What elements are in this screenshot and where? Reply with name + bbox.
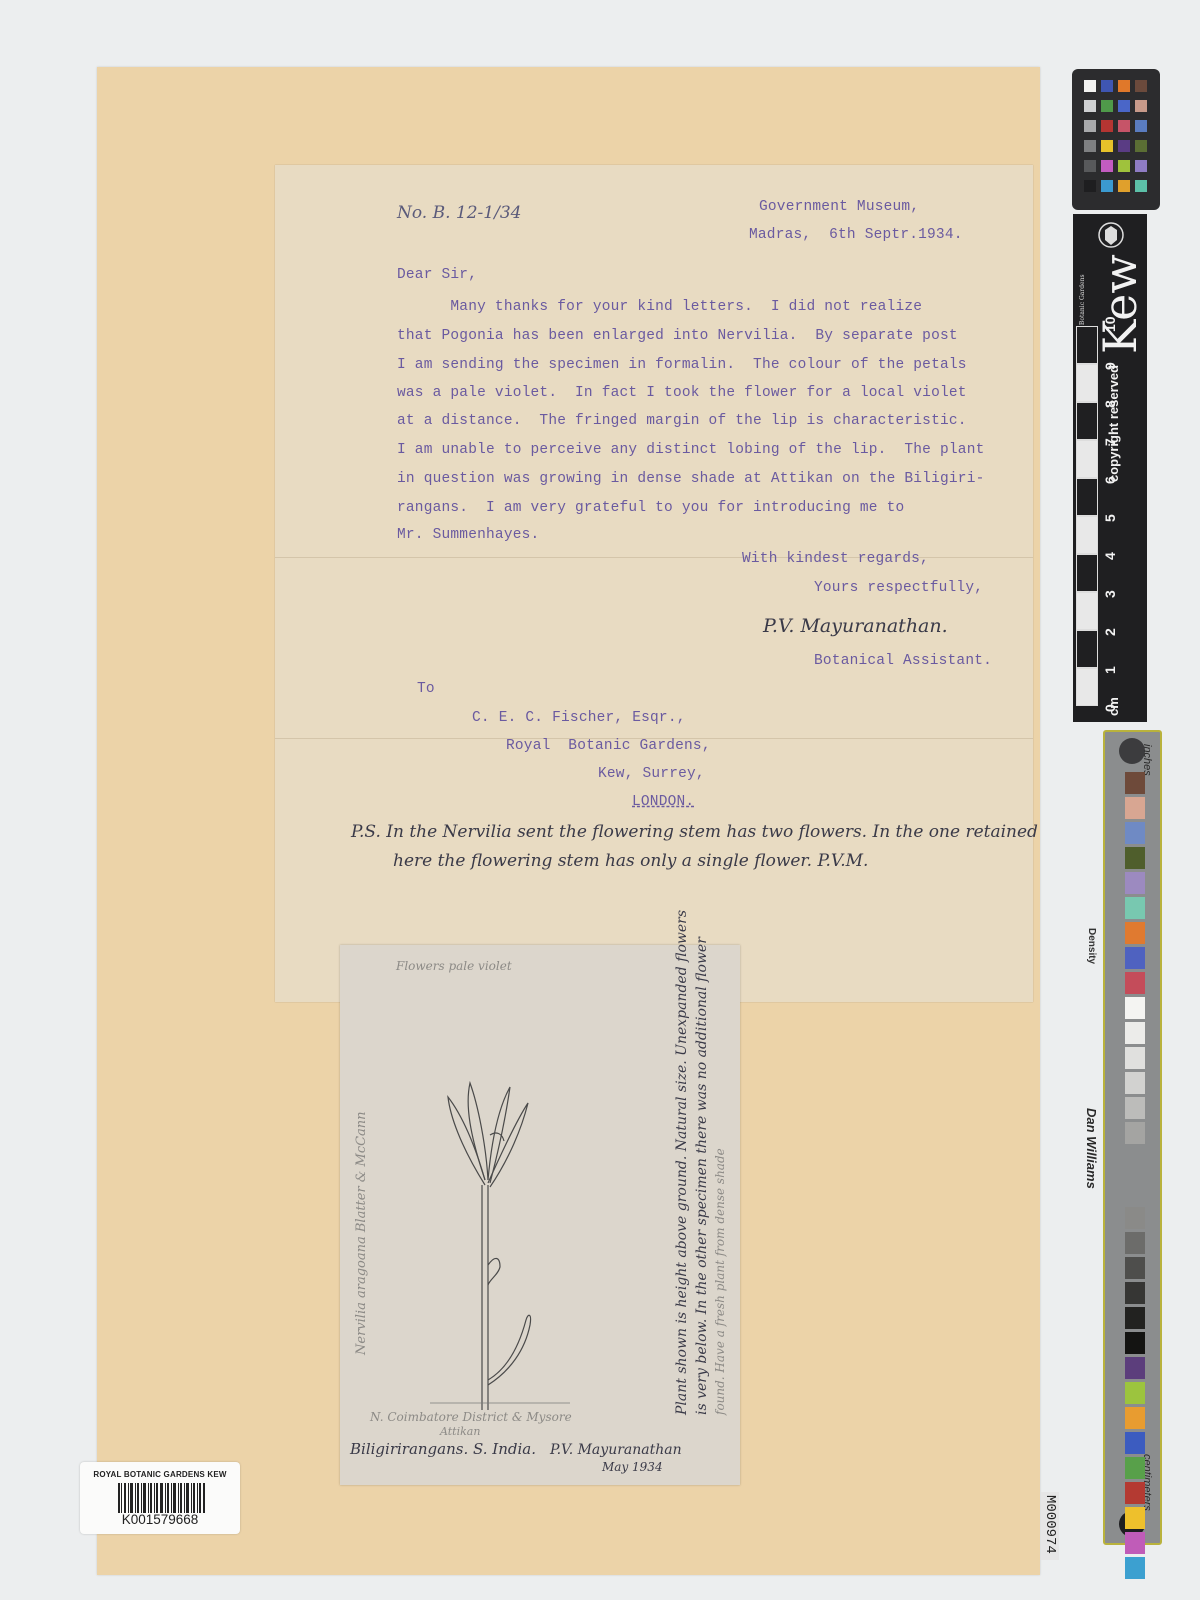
ruler-segment	[1076, 364, 1098, 402]
locality-sub-note: Attikan	[440, 1425, 480, 1438]
recipient-line: Royal Botanic Gardens,	[506, 738, 711, 754]
color-swatch	[1101, 100, 1113, 112]
ruler-segment	[1076, 630, 1098, 668]
ruler-color-swatch	[1125, 772, 1145, 794]
ruler-tick-label: 5	[1102, 514, 1118, 522]
ruler-color-swatch	[1125, 1332, 1145, 1354]
body-line: that Pogonia has been enlarged into Nerv…	[397, 328, 958, 344]
ruler-color-swatch	[1125, 1122, 1145, 1144]
color-swatch	[1118, 80, 1130, 92]
ruler-color-swatch	[1125, 797, 1145, 819]
typed-letter: No. B. 12-1/34 Government Museum, Madras…	[275, 165, 1033, 1002]
ruler-color-swatch	[1125, 847, 1145, 869]
botanical-drawing-card: Flowers pale violet Nervilia aragoana Bl…	[340, 945, 740, 1485]
orchid-drawing-icon	[430, 1075, 580, 1415]
ruler-segment	[1076, 402, 1098, 440]
barcode-icon	[118, 1483, 205, 1513]
color-swatch	[1084, 140, 1096, 152]
body-line: rangans. I am very grateful to you for i…	[397, 500, 904, 516]
color-swatch	[1084, 180, 1096, 192]
color-swatch	[1135, 140, 1147, 152]
ruler-color-swatch	[1125, 947, 1145, 969]
color-swatch	[1135, 100, 1147, 112]
species-name-note: Nervilia aragoana Blatter & McCann	[354, 1111, 369, 1355]
ruler-segment	[1076, 554, 1098, 592]
ruler-color-swatch	[1125, 822, 1145, 844]
vertical-note: Plant shown is height above ground. Natu…	[674, 910, 690, 1415]
ruler-color-swatch	[1125, 1307, 1145, 1329]
ruler-color-swatch	[1125, 1507, 1145, 1529]
body-line: Many thanks for your kind letters. I did…	[397, 299, 922, 315]
postscript-line: here the flowering stem has only a singl…	[393, 851, 868, 871]
sender-organisation: Government Museum,	[759, 199, 919, 215]
ruler-color-swatch	[1125, 1532, 1145, 1554]
sender-place-date: Madras, 6th Septr.1934.	[749, 227, 963, 243]
ruler-segment	[1076, 478, 1098, 516]
unit-label: cm	[1106, 697, 1121, 716]
collector-name: P.V. Mayuranathan	[550, 1442, 682, 1458]
color-swatch	[1101, 120, 1113, 132]
color-swatch	[1135, 180, 1147, 192]
ruler-tick-label: 3	[1102, 590, 1118, 598]
color-swatch	[1118, 100, 1130, 112]
pencil-note-colour: Flowers pale violet	[396, 959, 512, 973]
ruler-color-swatch	[1125, 1282, 1145, 1304]
color-swatch	[1084, 80, 1096, 92]
recipient-line: C. E. C. Fischer, Esqr.,	[472, 710, 686, 726]
ruler-segment	[1076, 516, 1098, 554]
recipient-line: LONDON.	[632, 794, 694, 810]
color-swatch	[1118, 160, 1130, 172]
ruler-tick-label: 2	[1102, 628, 1118, 636]
body-line: I am unable to perceive any distinct lob…	[397, 442, 985, 458]
ruler-color-swatch	[1125, 1457, 1145, 1479]
ruler-segment	[1076, 326, 1098, 364]
color-swatch	[1118, 140, 1130, 152]
collector-date: May 1934	[602, 1460, 663, 1474]
ruler-tick-label: 1	[1102, 666, 1118, 674]
vertical-note: is very below. In the other specimen the…	[694, 937, 710, 1415]
royal-crest-icon	[1097, 220, 1125, 250]
ruler-color-swatch	[1125, 897, 1145, 919]
body-line: in question was growing in dense shade a…	[397, 471, 985, 487]
copyright-notice: copyright reserved	[1106, 365, 1121, 482]
ruler-color-swatch	[1125, 972, 1145, 994]
color-checker-chart	[1072, 69, 1160, 210]
reference-number: No. B. 12-1/34	[397, 203, 521, 223]
signer-title: Botanical Assistant.	[814, 653, 992, 669]
ruler-segment	[1076, 668, 1098, 706]
density-label: Density	[1086, 928, 1097, 964]
herbarium-mounting-sheet: No. B. 12-1/34 Government Museum, Madras…	[97, 67, 1040, 1575]
locality: Biligirirangans. S. India.	[350, 1440, 536, 1458]
ruler-color-swatch	[1125, 1022, 1145, 1044]
closing-2: Yours respectfully,	[814, 580, 983, 596]
body-line: I am sending the specimen in formalin. T…	[397, 357, 967, 373]
color-swatch	[1101, 80, 1113, 92]
body-line: at a distance. The fringed margin of the…	[397, 413, 967, 429]
color-swatch	[1084, 120, 1096, 132]
locality-note: N. Coimbatore District & Mysore	[370, 1410, 572, 1424]
color-swatch	[1135, 160, 1147, 172]
body-line: was a pale violet. In fact I took the fl…	[397, 385, 967, 401]
barcode-label: ROYAL BOTANIC GARDENS KEW K001579668	[80, 1462, 240, 1534]
color-swatch	[1118, 180, 1130, 192]
ruler-segment	[1076, 440, 1098, 478]
ruler-segment	[1076, 592, 1098, 630]
ruler-color-swatch	[1125, 1432, 1145, 1454]
ruler-id-label: M000974	[1041, 1492, 1059, 1560]
closing: With kindest regards,	[742, 551, 929, 567]
vertical-note: found. Have a fresh plant from dense sha…	[713, 1148, 727, 1415]
ruler-tick-label: 4	[1102, 552, 1118, 560]
color-swatch	[1135, 80, 1147, 92]
salutation: Dear Sir,	[397, 267, 477, 283]
postscript-line: P.S. In the Nervilia sent the flowering …	[351, 822, 1038, 842]
signature: P.V. Mayuranathan.	[763, 615, 948, 637]
ruler-color-swatch	[1125, 1072, 1145, 1094]
color-density-ruler: inches centimeters Density Dan Williams …	[1103, 730, 1162, 1545]
ruler-color-swatch	[1125, 1047, 1145, 1069]
kew-scale-bar: Kew Royal Botanic Gardens 012345678910 c…	[1073, 214, 1147, 722]
barcode-label-title: ROYAL BOTANIC GARDENS KEW	[80, 1470, 240, 1479]
ruler-color-swatch	[1125, 1207, 1145, 1229]
ruler-color-swatch	[1125, 922, 1145, 944]
ruler-color-swatch	[1125, 1407, 1145, 1429]
color-swatch	[1135, 120, 1147, 132]
color-swatch	[1084, 100, 1096, 112]
to-label: To	[417, 681, 435, 697]
ruler-color-swatch	[1125, 1097, 1145, 1119]
color-swatch	[1118, 120, 1130, 132]
ruler-tick-label: 10	[1102, 316, 1118, 332]
barcode-number: K001579668	[80, 1512, 240, 1527]
kew-logo: Kew	[1093, 254, 1147, 354]
ruler-color-swatch	[1125, 1482, 1145, 1504]
recipient-line: Kew, Surrey,	[598, 766, 705, 782]
body-line: Mr. Summenhayes.	[397, 527, 539, 543]
color-swatch	[1101, 140, 1113, 152]
ruler-color-swatch	[1125, 1557, 1145, 1579]
color-swatch	[1101, 160, 1113, 172]
ruler-color-swatch	[1125, 872, 1145, 894]
ruler-brand: Dan Williams	[1084, 1108, 1099, 1189]
ruler-color-swatch	[1125, 997, 1145, 1019]
ruler-color-swatch	[1125, 1232, 1145, 1254]
ruler-color-swatch	[1125, 1382, 1145, 1404]
ruler-color-swatch	[1125, 1357, 1145, 1379]
color-swatch	[1084, 160, 1096, 172]
color-swatch	[1101, 180, 1113, 192]
ruler-color-swatch	[1125, 1257, 1145, 1279]
